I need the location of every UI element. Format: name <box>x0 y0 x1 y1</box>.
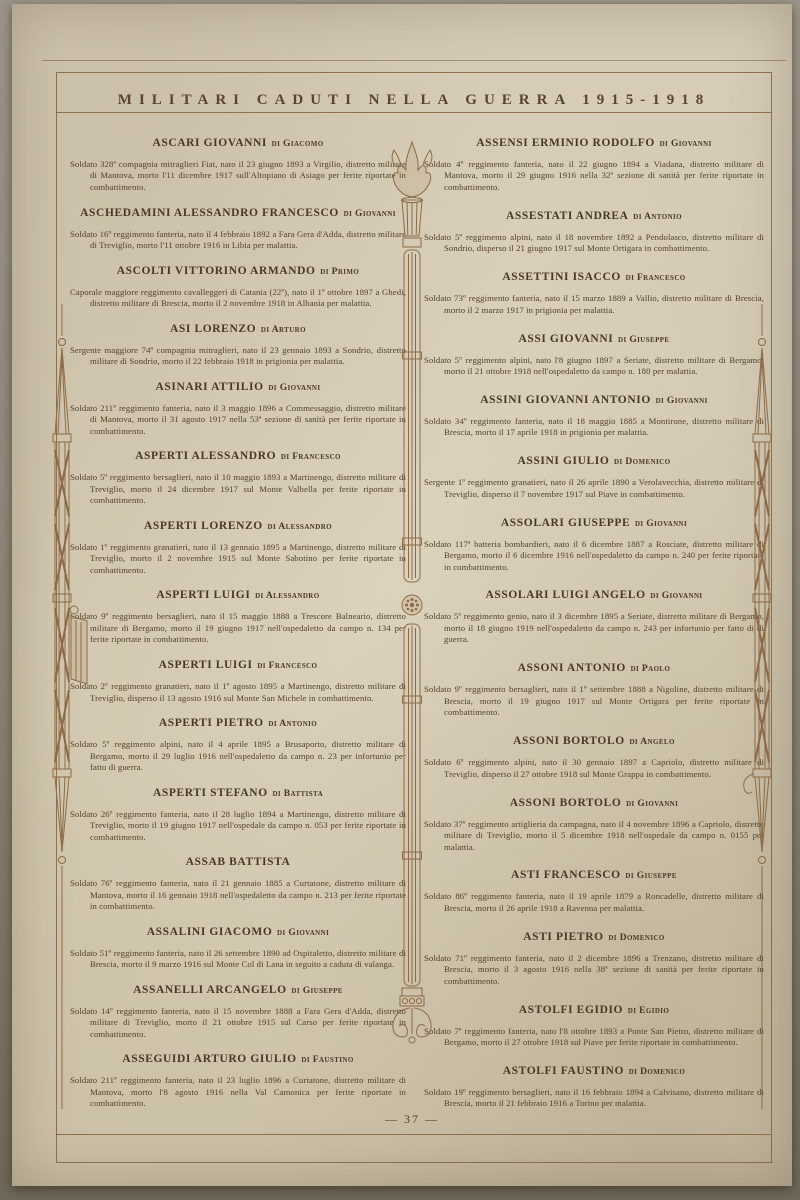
soldier-record-text: Soldato 5º reggimento alpini, nato il 4 … <box>70 739 406 773</box>
soldier-name-heading: ASSENSI ERMINIO RODOLFO di Giovanni <box>424 130 764 152</box>
soldier-name-heading: ASSINI GIULIO di Domenico <box>424 448 764 470</box>
soldier-record-text: Soldato 76º reggimento fanteria, nato il… <box>70 878 406 912</box>
soldier-name-heading: ASSALINI GIACOMO di Giovanni <box>70 919 406 941</box>
soldier-name-heading: ASPERTI STEFANO di Battista <box>70 780 406 802</box>
soldier-record-text: Soldato 4º reggimento fanteria, nato il … <box>424 159 764 193</box>
soldier-record-text: Soldato 5º reggimento bersaglieri, nato … <box>70 472 406 506</box>
soldier-name: ASSONI ANTONIO <box>518 662 626 674</box>
soldier-record-text: Soldato 1º reggimento granatieri, nato i… <box>70 542 406 576</box>
soldier-name-heading: ASSANELLI ARCANGELO di Giuseppe <box>70 977 406 999</box>
soldier-record-text: Soldato 5º reggimento alpini, nato il 18… <box>424 232 764 255</box>
soldier-name: ASTI PIETRO <box>523 931 603 943</box>
soldier-record-text: Soldato 5º reggimento alpini, nato l'8 g… <box>424 355 764 378</box>
soldier-record-text: Sergente 1º reggimento granatieri, nato … <box>424 477 764 500</box>
soldier-name-heading: ASSAB BATTISTA <box>70 849 406 871</box>
soldier-record-text: Soldato 211º reggimento fanteria, nato i… <box>70 403 406 437</box>
soldier-entry: ASSAB BATTISTA Soldato 76º reggimento fa… <box>70 849 406 912</box>
soldier-entry: ASTI FRANCESCO di Giuseppe Soldato 86º r… <box>424 862 764 914</box>
soldier-name: ASSOLARI GIUSEPPE <box>501 517 630 529</box>
soldier-entry: ASPERTI LUIGI di Alessandro Soldato 9º r… <box>70 582 406 645</box>
soldier-record-text: Soldato 7º reggimento fanteria, nato l'8… <box>424 1026 764 1049</box>
soldier-record-text: Soldato 2º reggimento granatieri, nato i… <box>70 681 406 704</box>
soldier-entry: ASSETTINI ISACCO di Francesco Soldato 73… <box>424 264 764 316</box>
soldier-entry: ASSI GIOVANNI di Giuseppe Soldato 5º reg… <box>424 326 764 378</box>
soldier-patronymic: di Domenico <box>614 457 670 467</box>
soldier-entry: ASCOLTI VITTORINO ARMANDO di Primo Capor… <box>70 258 406 310</box>
soldier-record-text: Soldato 16º reggimento fanteria, nato il… <box>70 229 406 252</box>
soldier-name: ASCOLTI VITTORINO ARMANDO <box>117 265 316 277</box>
soldier-record-text: Soldato 211º reggimento fanteria, nato i… <box>70 1075 406 1109</box>
soldier-entry: ASSOLARI GIUSEPPE di Giovanni Soldato 11… <box>424 510 764 573</box>
soldier-name-heading: ASTI PIETRO di Domenico <box>424 924 764 946</box>
soldier-name-heading: ASCOLTI VITTORINO ARMANDO di Primo <box>70 258 406 280</box>
soldier-patronymic: di Giuseppe <box>625 871 677 881</box>
soldier-entry: ASPERTI PIETRO di Antonio Soldato 5º reg… <box>70 710 406 773</box>
soldier-entry: ASTOLFI FAUSTINO di Domenico Soldato 19º… <box>424 1058 764 1110</box>
soldier-entry: ASSONI BORTOLO di Angelo Soldato 6º regg… <box>424 728 764 780</box>
soldier-patronymic: di Giacomo <box>272 139 324 149</box>
soldier-record-text: Sergente maggiore 74ª compagnia mitragli… <box>70 345 406 368</box>
soldier-patronymic: di Antonio <box>633 212 682 222</box>
soldier-record-text: Soldato 73º reggimento fanteria, nato il… <box>424 293 764 316</box>
soldier-name: ASSETTINI ISACCO <box>502 271 621 283</box>
soldier-patronymic: di Giovanni <box>656 396 708 406</box>
soldier-name: ASPERTI ALESSANDRO <box>135 450 276 462</box>
soldier-patronymic: di Angelo <box>629 737 674 747</box>
soldier-entry: ASCARI GIOVANNI di Giacomo Soldato 328ª … <box>70 130 406 193</box>
soldier-record-text: Soldato 86º reggimento fanteria, nato il… <box>424 891 764 914</box>
soldier-name-heading: ASCARI GIOVANNI di Giacomo <box>70 130 406 152</box>
page-crease-line <box>42 60 786 61</box>
right-column: ASSENSI ERMINIO RODOLFO di Giovanni Sold… <box>424 130 764 1110</box>
soldier-name-heading: ASSEGUIDI ARTURO GIULIO di Faustino <box>70 1046 406 1068</box>
soldier-name-heading: ASSINI GIOVANNI ANTONIO di Giovanni <box>424 387 764 409</box>
soldier-patronymic: di Domenico <box>608 933 664 943</box>
soldier-name-heading: ASTI FRANCESCO di Giuseppe <box>424 862 764 884</box>
soldier-record-text: Soldato 117ª batteria bombardieri, nato … <box>424 539 764 573</box>
soldier-name: ASSINI GIULIO <box>518 455 610 467</box>
soldier-patronymic: di Giovanni <box>635 519 687 529</box>
soldier-record-text: Soldato 14º reggimento fanteria, nato il… <box>70 1006 406 1040</box>
soldier-name-heading: ASSI GIOVANNI di Giuseppe <box>424 326 764 348</box>
soldier-name: ASSONI BORTOLO <box>513 735 625 747</box>
soldier-record-text: Caporale maggiore reggimento cavallegger… <box>70 287 406 310</box>
soldier-patronymic: di Francesco <box>257 661 317 671</box>
soldier-entry: ASPERTI LORENZO di Alessandro Soldato 1º… <box>70 513 406 576</box>
soldier-entry: ASSESTATI ANDREA di Antonio Soldato 5º r… <box>424 203 764 255</box>
soldier-name: ASPERTI STEFANO <box>153 787 268 799</box>
soldier-patronymic: di Domenico <box>629 1067 685 1077</box>
soldier-name: ASTI FRANCESCO <box>511 869 621 881</box>
soldier-name: ASSEGUIDI ARTURO GIULIO <box>122 1053 296 1065</box>
soldier-entry: ASINARI ATTILIO di Giovanni Soldato 211º… <box>70 374 406 437</box>
soldier-patronymic: di Giuseppe <box>618 335 670 345</box>
soldier-patronymic: di Egidio <box>628 1006 669 1016</box>
soldier-entry: ASSALINI GIACOMO di Giovanni Soldato 51º… <box>70 919 406 971</box>
soldier-name-heading: ASSONI BORTOLO di Giovanni <box>424 790 764 812</box>
soldier-entry: ASSONI ANTONIO di Paolo Soldato 9º reggi… <box>424 655 764 718</box>
soldier-record-text: Soldato 9º reggimento bersaglieri, nato … <box>70 611 406 645</box>
soldier-name: ASPERTI PIETRO <box>159 717 264 729</box>
soldier-name: ASTOLFI EGIDIO <box>519 1004 623 1016</box>
soldier-name: ASSANELLI ARCANGELO <box>133 984 287 996</box>
soldier-entry: ASPERTI ALESSANDRO di Francesco Soldato … <box>70 443 406 506</box>
soldier-patronymic: di Primo <box>320 267 359 277</box>
soldier-entry: ASSENSI ERMINIO RODOLFO di Giovanni Sold… <box>424 130 764 193</box>
soldier-record-text: Soldato 34º reggimento fanteria, nato il… <box>424 416 764 439</box>
soldier-name-heading: ASSONI ANTONIO di Paolo <box>424 655 764 677</box>
soldier-record-text: Soldato 19º reggimento bersaglieri, nato… <box>424 1087 764 1110</box>
soldier-entry: ASSEGUIDI ARTURO GIULIO di Faustino Sold… <box>70 1046 406 1109</box>
soldier-name: ASPERTI LUIGI <box>159 659 253 671</box>
header-rule <box>56 112 771 113</box>
soldier-patronymic: di Giovanni <box>268 383 320 393</box>
left-column: ASCARI GIOVANNI di Giacomo Soldato 328ª … <box>70 130 406 1110</box>
soldier-name: ASSI GIOVANNI <box>518 333 613 345</box>
entries-area: ASCARI GIOVANNI di Giacomo Soldato 328ª … <box>70 130 764 1110</box>
soldier-name: ASSENSI ERMINIO RODOLFO <box>476 137 655 149</box>
page-number: — 37 — <box>12 1112 800 1127</box>
soldier-name-heading: ASPERTI LUIGI di Francesco <box>70 652 406 674</box>
soldier-name-heading: ASCHEDAMINI ALESSANDRO FRANCESCO di Giov… <box>70 200 406 222</box>
soldier-name: ASSOLARI LUIGI ANGELO <box>485 589 645 601</box>
soldier-name-heading: ASSONI BORTOLO di Angelo <box>424 728 764 750</box>
soldier-patronymic: di Giovanni <box>650 591 702 601</box>
soldier-patronymic: di Giovanni <box>626 799 678 809</box>
soldier-patronymic: di Giuseppe <box>291 986 343 996</box>
soldier-record-text: Soldato 328ª compagnia mitraglieri Fiat,… <box>70 159 406 193</box>
soldier-patronymic: di Paolo <box>631 664 671 674</box>
soldier-name: ASCHEDAMINI ALESSANDRO FRANCESCO <box>80 207 339 219</box>
soldier-entry: ASPERTI LUIGI di Francesco Soldato 2º re… <box>70 652 406 704</box>
soldier-name-heading: ASTOLFI FAUSTINO di Domenico <box>424 1058 764 1080</box>
soldier-patronymic: di Alessandro <box>268 522 332 532</box>
page-title: MILITARI CADUTI NELLA GUERRA 1915-1918 <box>72 92 756 109</box>
soldier-name: ASSONI BORTOLO <box>510 797 622 809</box>
footer-rule <box>56 1134 771 1135</box>
soldier-name-heading: ASSETTINI ISACCO di Francesco <box>424 264 764 286</box>
soldier-record-text: Soldato 5º reggimento genio, nato il 3 d… <box>424 611 764 645</box>
soldier-name-heading: ASPERTI PIETRO di Antonio <box>70 710 406 732</box>
soldier-patronymic: di Alessandro <box>255 591 319 601</box>
soldier-name-heading: ASSOLARI LUIGI ANGELO di Giovanni <box>424 582 764 604</box>
soldier-entry: ASTI PIETRO di Domenico Soldato 71º regg… <box>424 924 764 987</box>
soldier-name-heading: ASTOLFI EGIDIO di Egidio <box>424 997 764 1019</box>
soldier-record-text: Soldato 71º reggimento fanteria, nato il… <box>424 953 764 987</box>
soldier-name-heading: ASINARI ATTILIO di Giovanni <box>70 374 406 396</box>
soldier-record-text: Soldato 51º reggimento fanteria, nato il… <box>70 948 406 971</box>
soldier-patronymic: di Francesco <box>281 452 341 462</box>
soldier-name: ASSAB BATTISTA <box>186 856 291 868</box>
soldier-name-heading: ASPERTI LUIGI di Alessandro <box>70 582 406 604</box>
soldier-record-text: Soldato 37º reggimento artiglieria da ca… <box>424 819 764 853</box>
soldier-entry: ASSONI BORTOLO di Giovanni Soldato 37º r… <box>424 790 764 853</box>
soldier-patronymic: di Battista <box>272 789 323 799</box>
soldier-entry: ASPERTI STEFANO di Battista Soldato 26º … <box>70 780 406 843</box>
soldier-name: ASPERTI LORENZO <box>144 520 263 532</box>
soldier-name: ASSESTATI ANDREA <box>506 210 629 222</box>
soldier-record-text: Soldato 26º reggimento fanteria, nato il… <box>70 809 406 843</box>
soldier-entry: ASSINI GIOVANNI ANTONIO di Giovanni Sold… <box>424 387 764 439</box>
soldier-name: ASPERTI LUIGI <box>156 589 250 601</box>
soldier-patronymic: di Giovanni <box>344 209 396 219</box>
soldier-entry: ASTOLFI EGIDIO di Egidio Soldato 7º regg… <box>424 997 764 1049</box>
soldier-patronymic: di Faustino <box>301 1055 353 1065</box>
soldier-patronymic: di Giovanni <box>660 139 712 149</box>
soldier-record-text: Soldato 9º reggimento bersaglieri, nato … <box>424 684 764 718</box>
soldier-entry: ASSINI GIULIO di Domenico Sergente 1º re… <box>424 448 764 500</box>
soldier-patronymic: di Antonio <box>268 719 317 729</box>
soldier-entry: ASI LORENZO di Arturo Sergente maggiore … <box>70 316 406 368</box>
soldier-patronymic: di Francesco <box>626 273 686 283</box>
book-page: MILITARI CADUTI NELLA GUERRA 1915-1918 A… <box>12 4 792 1186</box>
soldier-record-text: Soldato 6º reggimento alpini, nato il 30… <box>424 757 764 780</box>
soldier-name: ASI LORENZO <box>170 323 256 335</box>
soldier-patronymic: di Arturo <box>261 325 306 335</box>
soldier-name-heading: ASPERTI LORENZO di Alessandro <box>70 513 406 535</box>
soldier-entry: ASSOLARI LUIGI ANGELO di Giovanni Soldat… <box>424 582 764 645</box>
soldier-name: ASTOLFI FAUSTINO <box>503 1065 624 1077</box>
soldier-name: ASSINI GIOVANNI ANTONIO <box>480 394 651 406</box>
soldier-entry: ASCHEDAMINI ALESSANDRO FRANCESCO di Giov… <box>70 200 406 252</box>
soldier-name: ASCARI GIOVANNI <box>152 137 267 149</box>
soldier-name: ASSALINI GIACOMO <box>147 926 273 938</box>
soldier-name-heading: ASPERTI ALESSANDRO di Francesco <box>70 443 406 465</box>
soldier-name-heading: ASSESTATI ANDREA di Antonio <box>424 203 764 225</box>
soldier-name-heading: ASI LORENZO di Arturo <box>70 316 406 338</box>
soldier-name-heading: ASSOLARI GIUSEPPE di Giovanni <box>424 510 764 532</box>
soldier-name: ASINARI ATTILIO <box>155 381 263 393</box>
soldier-patronymic: di Giovanni <box>277 928 329 938</box>
soldier-entry: ASSANELLI ARCANGELO di Giuseppe Soldato … <box>70 977 406 1040</box>
